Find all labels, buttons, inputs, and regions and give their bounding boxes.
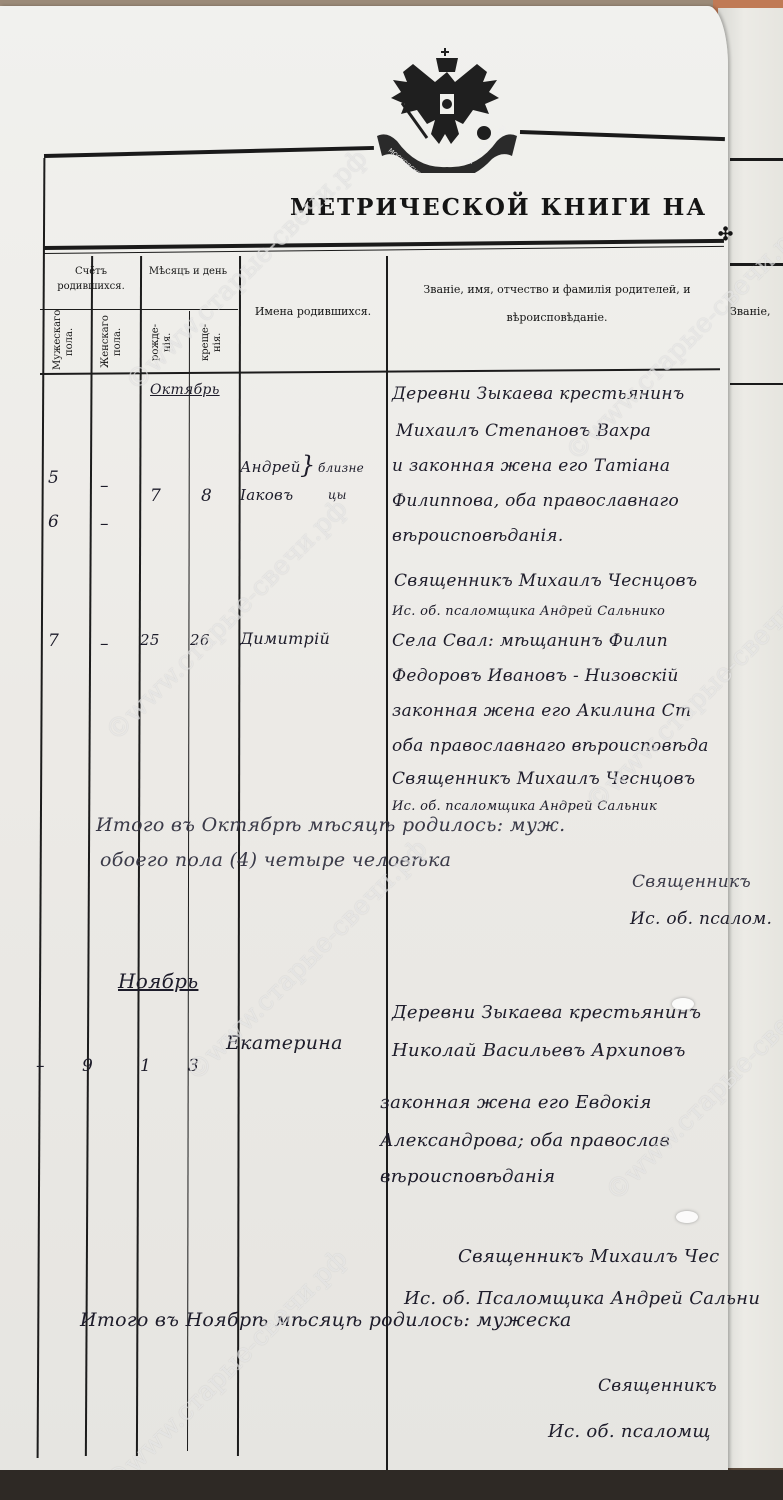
entry-male-count: 7 xyxy=(48,631,59,651)
double-headed-eagle-icon: МОСКОВСКОЙ СУНОДАЛЬНОЙ ТИПОГРАФИИ xyxy=(372,48,522,173)
entry-male-count: – xyxy=(36,1056,45,1076)
signature-psalmist: Ис. об. псалом. xyxy=(630,909,772,929)
entry-clergy-line: Ис. об. псаломщика Андрей Сальник xyxy=(392,799,657,814)
entry-female-count: – xyxy=(100,514,109,534)
header-count: Счётъ родившихся. xyxy=(44,264,138,294)
entry-parents-line: оба православнаго вѣроисповѣда xyxy=(392,736,709,756)
header-names: Имена родившихся. xyxy=(240,304,386,320)
entry-parents-line: Федоровъ Ивановъ - Низовскій xyxy=(392,666,679,686)
entry-parents-line: вѣроисповѣданія. xyxy=(392,526,564,546)
brace-icon: } xyxy=(300,451,316,479)
col-line-male xyxy=(85,256,93,1456)
next-page-rule xyxy=(730,158,783,161)
entry-name: Димитрій xyxy=(240,629,330,648)
top-rule-right xyxy=(520,130,725,141)
next-page-header: Званіе, xyxy=(730,304,770,320)
header-birth: рожде-нія. xyxy=(150,316,176,368)
border-left xyxy=(37,158,46,1458)
paper-crease xyxy=(676,1211,698,1223)
monthly-total-line: Итого въ Ноябрѣ мѣсяцѣ родилось: мужеска xyxy=(80,1309,572,1331)
entry-parents-line: Филиппова, оба православнаго xyxy=(392,491,679,511)
page-title: МЕТРИЧЕСКОЙ КНИГИ НА xyxy=(290,194,707,221)
register-page: МОСКОВСКОЙ СУНОДАЛЬНОЙ ТИПОГРАФИИ МЕТРИЧ… xyxy=(0,6,728,1474)
entry-parents-line: вѣроисповѣданія xyxy=(380,1166,555,1187)
entry-name: Екатерина xyxy=(226,1032,343,1054)
entry-female-count: – xyxy=(100,634,109,654)
entry-female-count: 9 xyxy=(82,1056,93,1076)
header-baptism: креще-нія. xyxy=(200,316,226,368)
top-rule-left xyxy=(44,146,374,158)
month-october: Октябрь xyxy=(150,382,220,398)
entry-parents-line: Деревни Зыкаева крестьянинъ xyxy=(392,384,685,404)
entry-clergy-line: Священникъ Михаилъ Чеснцовъ xyxy=(394,571,697,591)
paper-crease xyxy=(672,998,694,1010)
entry-parents-line: и законная жена его Татіана xyxy=(392,456,670,476)
header-male: Мужескаго пола. xyxy=(52,314,78,370)
entry-parents-line: Деревни Зыкаева крестьянинъ xyxy=(392,1002,701,1023)
entry-birth-day: 25 xyxy=(140,631,160,649)
entry-baptism-day: 8 xyxy=(201,486,212,506)
entry-clergy-line: Ис. об. псаломщика Андрей Сальнико xyxy=(392,604,665,619)
entry-parents-line: Николай Васильевъ Архиповъ xyxy=(392,1040,686,1061)
entry-parents-line: законная жена его Евдокія xyxy=(380,1092,652,1113)
header-subrule xyxy=(40,309,238,310)
entry-female-count: – xyxy=(100,476,109,496)
signature-priest: Священникъ xyxy=(632,872,751,892)
twins-note: цы xyxy=(328,488,347,502)
header-rule-bottom xyxy=(40,368,720,375)
header-female: Женскаго пола. xyxy=(100,314,126,370)
entry-name: Андрей xyxy=(240,458,301,476)
header-month-day: Мѣсяцъ и день xyxy=(140,264,236,279)
monthly-total-line: обоего пола (4) четыре человѣка xyxy=(100,849,451,871)
next-page-rule xyxy=(730,383,783,385)
entry-parents-line: законная жена его Акилина Ст xyxy=(392,701,691,721)
entry-parents-line: Села Свал: мѣщанинъ Филип xyxy=(392,631,668,651)
entry-male-count: 6 xyxy=(48,512,59,532)
svg-text:СУНОДАЛЬНОЙ: СУНОДАЛЬНОЙ xyxy=(424,159,472,166)
month-november: Ноябрь xyxy=(118,969,198,993)
entry-birth-day: 7 xyxy=(150,486,161,506)
entry-clergy-line: Священникъ Михаилъ Чеснцовъ xyxy=(392,769,695,789)
header-rule-top xyxy=(44,239,724,250)
background-bottom xyxy=(0,1470,783,1500)
monthly-total-line: Итого въ Октябрѣ мѣсяцѣ родилось: муж. xyxy=(96,814,565,836)
signature-psalmist: Ис. об. псаломщ xyxy=(548,1421,711,1442)
entry-male-count: 5 xyxy=(48,468,59,488)
header-parents: Званіе, имя, отчество и фамилія родителе… xyxy=(392,276,722,332)
entry-clergy-line: Ис. об. Псаломщика Андрей Сальни xyxy=(404,1288,760,1309)
entry-baptism-day: 3 xyxy=(188,1056,199,1076)
next-page-rule xyxy=(730,263,783,266)
entry-parents-line: Михаилъ Степановъ Вахра xyxy=(396,421,651,441)
col-line-birth xyxy=(187,311,190,1451)
entry-baptism-day: 26 xyxy=(190,631,210,649)
entry-clergy-line: Священникъ Михаилъ Чес xyxy=(458,1246,720,1267)
entry-name: Іаковъ xyxy=(240,486,293,504)
entry-birth-day: 1 xyxy=(140,1056,151,1076)
signature-priest: Священникъ xyxy=(598,1376,717,1396)
twins-note: близне xyxy=(318,461,364,475)
entry-parents-line: Александрова; оба православ xyxy=(380,1130,670,1151)
